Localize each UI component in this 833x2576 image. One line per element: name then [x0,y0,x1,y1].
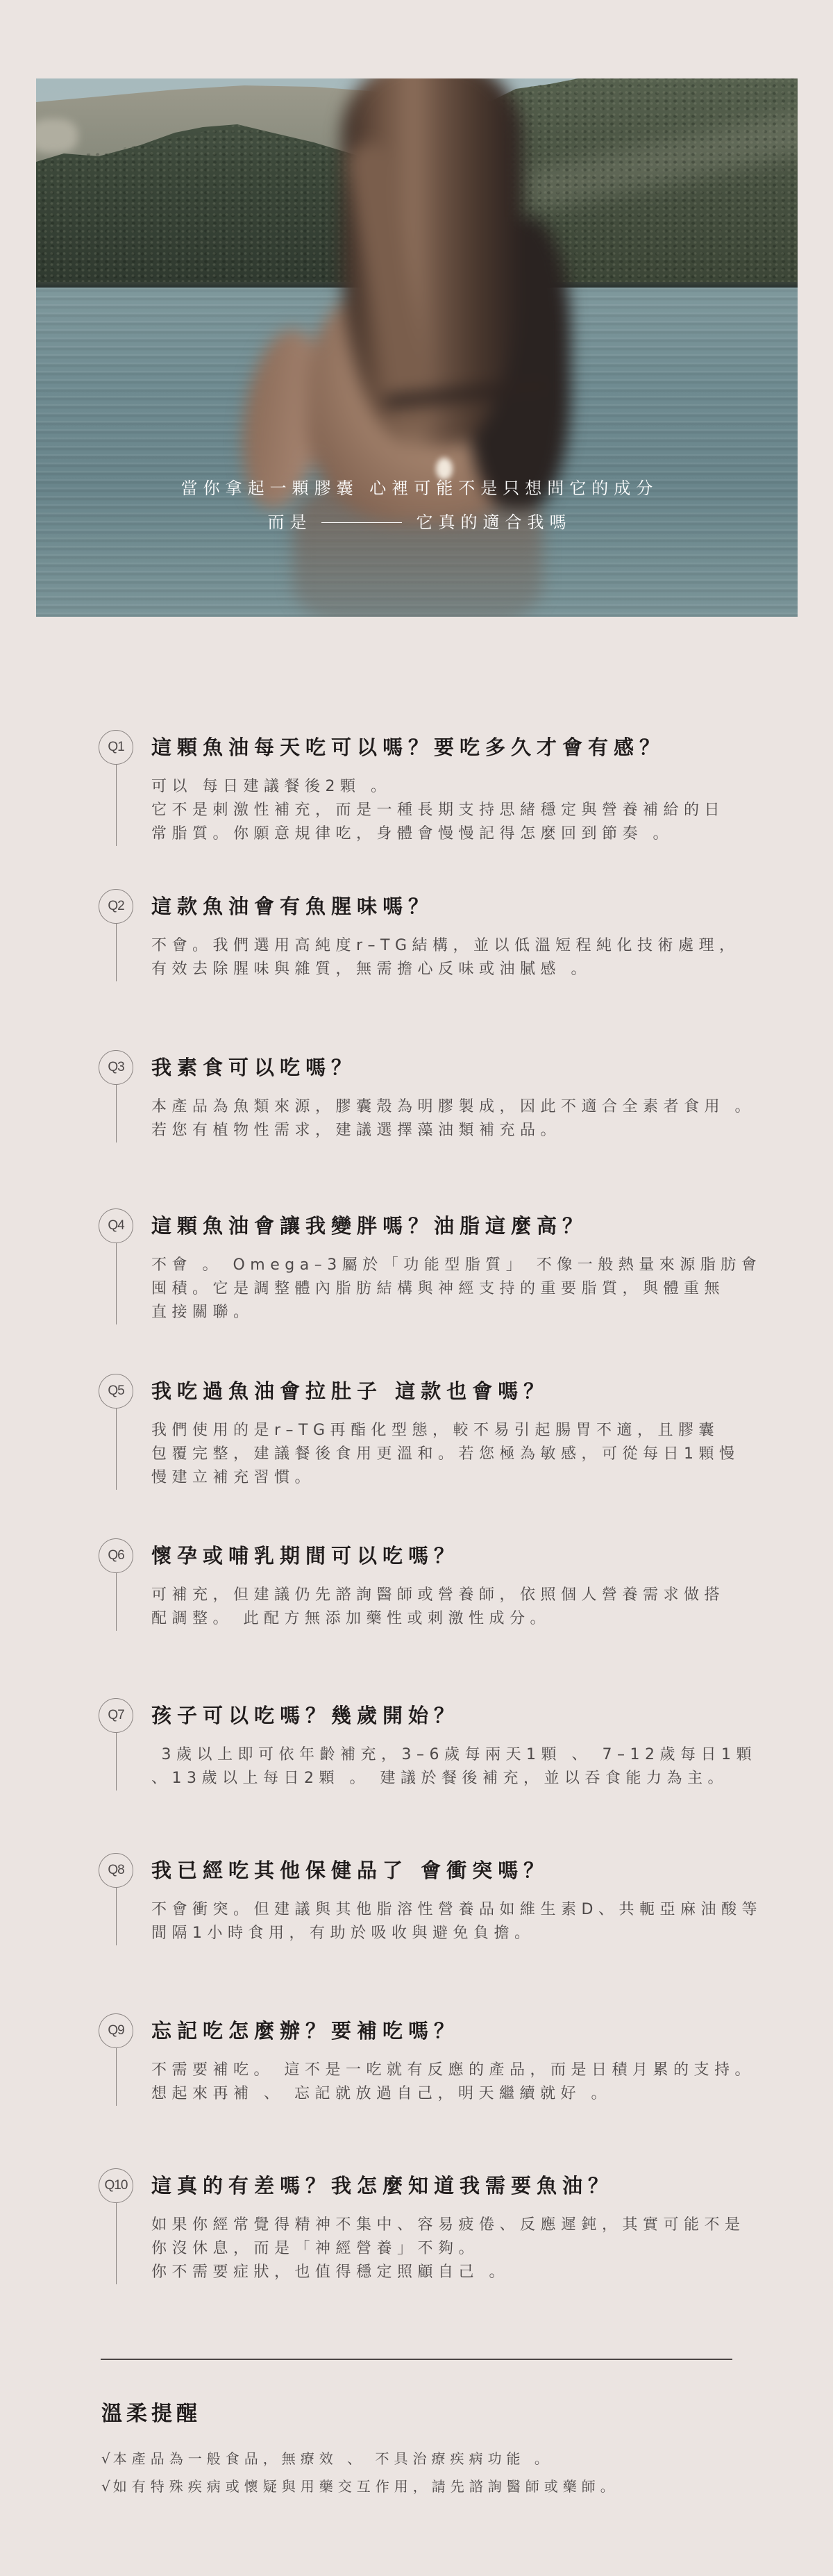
question-number-badge: Q5 [99,1374,133,1409]
question-title: 忘記吃怎麼辦？要補吃嗎？ [151,2013,460,2048]
question-title: 我素食可以吃嗎？ [151,1050,357,1085]
answer-text: 可補充，但建議仍先諮詢醫師或營養師，依照個人營養需求做搭 配調整。 此配方無添加… [151,1584,725,1631]
faq-item-q5: Q5 我吃過魚油會拉肚子 這款也會嗎？ 我們使用的是r–TG再酯化型態，較不易引… [99,1374,793,1409]
question-number: Q1 [108,740,124,755]
question-title: 我已經吃其他保健品了 會衝突嗎？ [151,1853,549,1888]
hero-photo: 當你拿起一顆膠囊 心裡可能不是只想問它的成分 而是 它真的適合我嗎 [36,78,798,617]
question-number-badge: Q2 [99,889,133,924]
question-title: 懷孕或哺乳期間可以吃嗎？ [151,1538,460,1573]
faq-item-q1: Q1 這顆魚油每天吃可以嗎？要吃多久才會有感？ 可以 每日建議餐後2顆 。 它不… [99,730,793,765]
question-number-badge: Q8 [99,1853,133,1888]
reminder-item: √本產品為一般食品，無療效 、 不具治療疾病功能 。 [101,2445,619,2473]
reminder-text: 本產品為一般食品，無療效 、 不具治療疾病功能 。 [113,2450,553,2467]
answer-text: 不會。我們選用高純度r–TG結構，並以低溫短程純化技術處理， 有效去除腥味與雜質… [151,934,740,981]
faq-item-q6: Q6 懷孕或哺乳期間可以吃嗎？ 可補充，但建議仍先諮詢醫師或營養師，依照個人營養… [99,1538,793,1573]
answer-block: 可以 每日建議餐後2顆 。 它不是刺激性補充，而是一種長期支持思緒穩定與營養補給… [116,765,725,846]
hero-caption-end: 它真的適合我嗎 [416,511,572,533]
question-number-badge: Q9 [99,2013,133,2048]
answer-text: 如果你經常覺得精神不集中、容易疲倦、反應遲鈍，其實可能不是 你沒休息，而是「神經… [151,2213,746,2284]
answer-text: 不會衝突。但建議與其他脂溶性營養品如維生素D、共軛亞麻油酸等 間隔1小時食用，有… [151,1898,762,1945]
answer-block: 3歲以上即可依年齡補充，3–6歲每兩天1顆 、 7–12歲每日1顆 、13歲以上… [116,1733,757,1790]
question-number-badge: Q3 [99,1050,133,1085]
question-title: 這顆魚油每天吃可以嗎？要吃多久才會有感？ [151,730,665,765]
answer-text: 本產品為魚類來源，膠囊殼為明膠製成，因此不適合全素者食用 。 若您有植物性需求，… [151,1095,755,1142]
question-title: 我吃過魚油會拉肚子 這款也會嗎？ [151,1374,549,1409]
faq-item-q2: Q2 這款魚油會有魚腥味嗎？ 不會。我們選用高純度r–TG結構，並以低溫短程純化… [99,889,793,924]
answer-text: 不需要補吃。 這不是一吃就有反應的產品，而是日積月累的支持。 想起來再補 、 忘… [151,2059,755,2106]
check-icon: √ [101,2445,110,2473]
answer-text: 可以 每日建議餐後2顆 。 它不是刺激性補充，而是一種長期支持思緒穩定與營養補給… [151,775,725,846]
answer-block: 不會 。 Omega–3屬於「功能型脂質」 不像一般熱量來源脂肪會 囤積。它是調… [116,1243,762,1324]
answer-text: 我們使用的是r–TG再酯化型態，較不易引起腸胃不適，且膠囊 包覆完整，建議餐後食… [151,1419,740,1490]
answer-text: 不會 。 Omega–3屬於「功能型脂質」 不像一般熱量來源脂肪會 囤積。它是調… [151,1254,762,1324]
answer-block: 不需要補吃。 這不是一吃就有反應的產品，而是日積月累的支持。 想起來再補 、 忘… [116,2048,755,2106]
reminder-title: 溫柔提醒 [101,2400,201,2428]
question-number: Q6 [108,1548,124,1563]
question-number-badge: Q7 [99,1698,133,1733]
answer-block: 不會。我們選用高純度r–TG結構，並以低溫短程純化技術處理， 有效去除腥味與雜質… [116,924,740,981]
faq-item-q10: Q10 這真的有差嗎？我怎麼知道我需要魚油？ 如果你經常覺得精神不集中、容易疲倦… [99,2168,793,2203]
faq-item-q3: Q3 我素食可以吃嗎？ 本產品為魚類來源，膠囊殼為明膠製成，因此不適合全素者食用… [99,1050,793,1085]
question-number: Q8 [108,1863,124,1878]
faq-item-q7: Q7 孩子可以吃嗎？幾歲開始？ 3歲以上即可依年齡補充，3–6歲每兩天1顆 、 … [99,1698,793,1733]
hero-caption-start: 而是 [268,511,312,533]
question-number: Q4 [108,1218,124,1233]
section-divider [101,2359,732,2360]
faq-item-q9: Q9 忘記吃怎麼辦？要補吃嗎？ 不需要補吃。 這不是一吃就有反應的產品，而是日積… [99,2013,793,2048]
answer-text: 3歲以上即可依年齡補充，3–6歲每兩天1顆 、 7–12歲每日1顆 、13歲以上… [151,1743,757,1790]
question-number: Q3 [108,1060,124,1075]
question-number: Q7 [108,1708,124,1723]
reminder-list: √本產品為一般食品，無療效 、 不具治療疾病功能 。 √如有特殊疾病或懷疑與用藥… [101,2445,619,2500]
question-number: Q10 [105,2178,128,2193]
question-number-badge: Q6 [99,1538,133,1573]
reminder-item: √如有特殊疾病或懷疑與用藥交互作用，請先諮詢醫師或藥師。 [101,2473,619,2500]
caption-dash-line [321,522,402,523]
question-number: Q5 [108,1383,124,1399]
question-title: 這顆魚油會讓我變胖嗎？油脂這麼高？ [151,1208,588,1243]
reminder-text: 如有特殊疾病或懷疑與用藥交互作用，請先諮詢醫師或藥師。 [113,2478,619,2495]
question-number-badge: Q10 [99,2168,133,2203]
blurred-figure [36,78,798,617]
answer-block: 如果你經常覺得精神不集中、容易疲倦、反應遲鈍，其實可能不是 你沒休息，而是「神經… [116,2203,746,2284]
question-title: 這真的有差嗎？我怎麼知道我需要魚油？ [151,2168,614,2203]
check-icon: √ [101,2473,110,2500]
answer-block: 不會衝突。但建議與其他脂溶性營養品如維生素D、共軛亞麻油酸等 間隔1小時食用，有… [116,1888,762,1945]
question-title: 孩子可以吃嗎？幾歲開始？ [151,1698,460,1733]
question-number-badge: Q4 [99,1208,133,1243]
faq-item-q8: Q8 我已經吃其他保健品了 會衝突嗎？ 不會衝突。但建議與其他脂溶性營養品如維生… [99,1853,793,1888]
question-number-badge: Q1 [99,730,133,765]
question-number: Q2 [108,899,124,914]
answer-block: 我們使用的是r–TG再酯化型態，較不易引起腸胃不適，且膠囊 包覆完整，建議餐後食… [116,1409,740,1490]
faq-item-q4: Q4 這顆魚油會讓我變胖嗎？油脂這麼高？ 不會 。 Omega–3屬於「功能型脂… [99,1208,793,1243]
question-number: Q9 [108,2023,124,2038]
answer-block: 本產品為魚類來源，膠囊殼為明膠製成，因此不適合全素者食用 。 若您有植物性需求，… [116,1085,755,1142]
answer-block: 可補充，但建議仍先諮詢醫師或營養師，依照個人營養需求做搭 配調整。 此配方無添加… [116,1573,725,1631]
hero-caption-line2: 而是 它真的適合我嗎 [36,511,798,533]
hero-caption-line1: 當你拿起一顆膠囊 心裡可能不是只想問它的成分 [36,477,798,499]
question-title: 這款魚油會有魚腥味嗎？ [151,889,434,924]
